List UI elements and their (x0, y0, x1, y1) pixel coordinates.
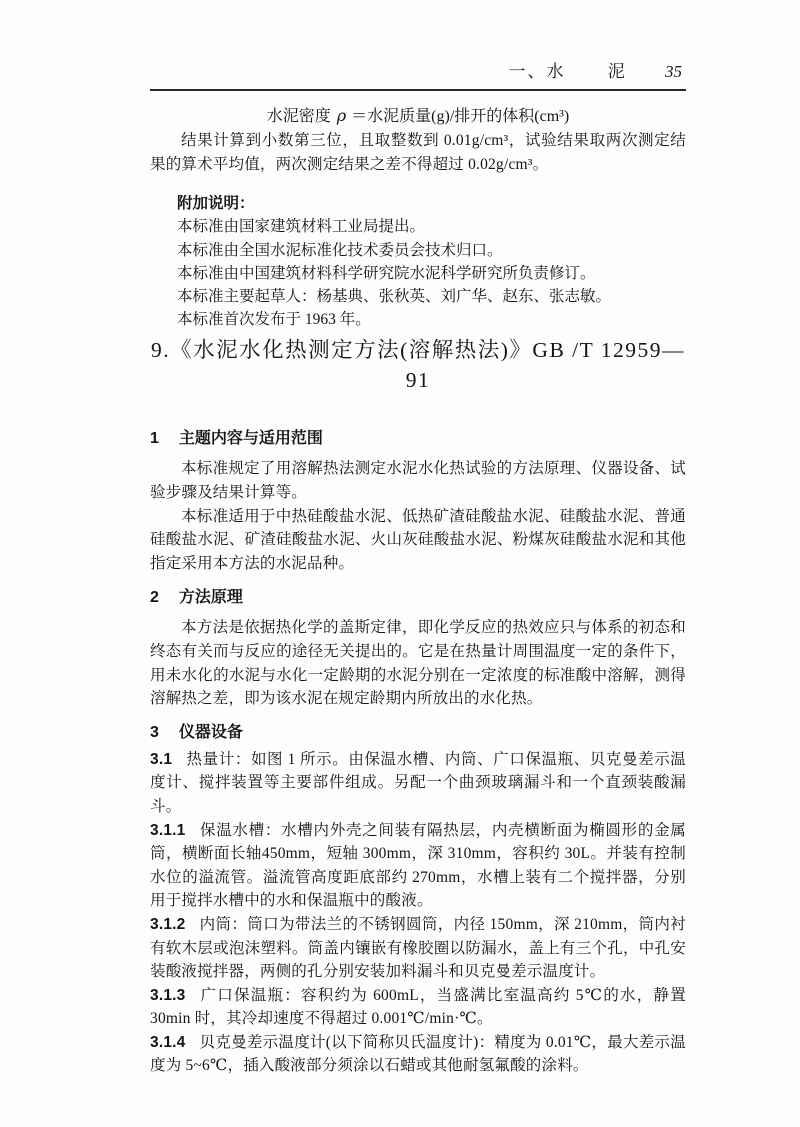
header-chapter-label: 一、水 (509, 62, 566, 81)
density-result-paragraph: 结果计算到小数第三位，且取整数到 0.01g/cm³，试验结果取两次测定结果的算… (150, 129, 686, 176)
section-3-title: 仪器设备 (179, 724, 243, 741)
section-2-heading: 2方法原理 (150, 587, 686, 609)
appendix-note-line: 本标准首次发布于 1963 年。 (177, 308, 686, 331)
clause-3-1-1-text: 保温水槽：水槽内外壳之间装有隔热层，内壳横断面为椭圆形的金属筒，横断面长轴450… (150, 822, 686, 910)
clause-3-1-1: 3.1.1保温水槽：水槽内外壳之间装有隔热层，内壳横断面为椭圆形的金属筒，横断面… (150, 819, 686, 913)
appendix-note-line: 本标准由全国水泥标准化技术委员会技术归口。 (177, 239, 686, 262)
running-header: 一、水 泥 35 (150, 60, 686, 84)
clause-3-1-4: 3.1.4贝克曼差示温度计(以下简称贝氏温度计)：精度为 0.01℃，最大差示温… (150, 1031, 686, 1078)
appendix-note-block: 附加说明： 本标准由国家建筑材料工业局提出。 本标准由全国水泥标准化技术委员会技… (150, 192, 686, 331)
document-page: 一、水 泥 35 水泥密度ρ＝水泥质量(g)/排开的体积(cm³) 结果计算到小… (0, 0, 800, 1127)
clause-3-1: 3.1热量计：如图 1 所示。由保温水槽、内筒、广口保温瓶、贝克曼差示温度计、搅… (150, 748, 686, 819)
clause-3-1-2: 3.1.2内筒：筒口为带法兰的不锈钢圆筒，内径 150mm，深 210mm，筒内… (150, 913, 686, 984)
formula-body: ＝水泥质量(g)/排开的体积(cm³) (351, 108, 569, 125)
section-3-heading: 3仪器设备 (150, 722, 686, 744)
section-2-number: 2 (150, 589, 159, 606)
appendix-note-line: 本标准由中国建筑材料科学研究院水泥科学研究所负责修订。 (177, 262, 686, 285)
formula-variable-rho: ρ (337, 106, 346, 125)
formula-prefix: 水泥密度 (267, 108, 331, 125)
section-1-heading: 1主题内容与适用范围 (150, 428, 686, 450)
page-number: 35 (665, 62, 682, 81)
appendix-note-title: 附加说明： (177, 192, 686, 215)
section-2-paragraph-1: 本方法是依据热化学的盖斯定律，即化学反应的热效应只与体系的初态和终态有关而与反应… (150, 616, 686, 710)
clause-3-1-2-number: 3.1.2 (150, 916, 185, 933)
standard-title: 9.《水泥水化热测定方法(溶解热法)》GB /T 12959—91 (150, 335, 686, 395)
section-1-paragraph-1: 本标准规定了用溶解热法测定水泥水化热试验的方法原理、仪器设备、试验步骤及结果计算… (150, 457, 686, 504)
header-rule (150, 89, 686, 91)
appendix-note-line: 本标准由国家建筑材料工业局提出。 (177, 215, 686, 238)
section-1-number: 1 (150, 430, 159, 447)
clause-3-1-3-number: 3.1.3 (150, 987, 185, 1004)
clause-3-1-3: 3.1.3广口保温瓶：容积约为 600mL，当盛满比室温高约 5℃的水，静置 3… (150, 984, 686, 1031)
clause-3-1-number: 3.1 (150, 751, 172, 768)
section-2-title: 方法原理 (179, 589, 243, 606)
clause-3-1-3-text: 广口保温瓶：容积约为 600mL，当盛满比室温高约 5℃的水，静置 30min … (150, 987, 686, 1028)
clause-3-1-4-text: 贝克曼差示温度计(以下简称贝氏温度计)：精度为 0.01℃，最大差示温度为 5~… (150, 1034, 686, 1075)
clause-3-1-2-text: 内筒：筒口为带法兰的不锈钢圆筒，内径 150mm，深 210mm，筒内衬有软木层… (150, 916, 686, 980)
section-3-number: 3 (150, 724, 159, 741)
clause-3-1-1-number: 3.1.1 (150, 822, 185, 839)
section-1-paragraph-2: 本标准适用于中热硅酸盐水泥、低热矿渣硅酸盐水泥、硅酸盐水泥、普通硅酸盐水泥、矿渣… (150, 505, 686, 576)
header-chapter-label-2: 泥 (608, 62, 627, 81)
density-formula: 水泥密度ρ＝水泥质量(g)/排开的体积(cm³) (150, 104, 686, 129)
clause-3-1-text: 热量计：如图 1 所示。由保温水槽、内筒、广口保温瓶、贝克曼差示温度计、搅拌装置… (150, 751, 686, 815)
page-content: 一、水 泥 35 水泥密度ρ＝水泥质量(g)/排开的体积(cm³) 结果计算到小… (150, 60, 686, 1078)
clause-3-1-4-number: 3.1.4 (150, 1034, 185, 1051)
section-1-title: 主题内容与适用范围 (179, 430, 323, 447)
appendix-note-line: 本标准主要起草人：杨基典、张秋英、刘广华、赵东、张志敏。 (177, 285, 686, 308)
